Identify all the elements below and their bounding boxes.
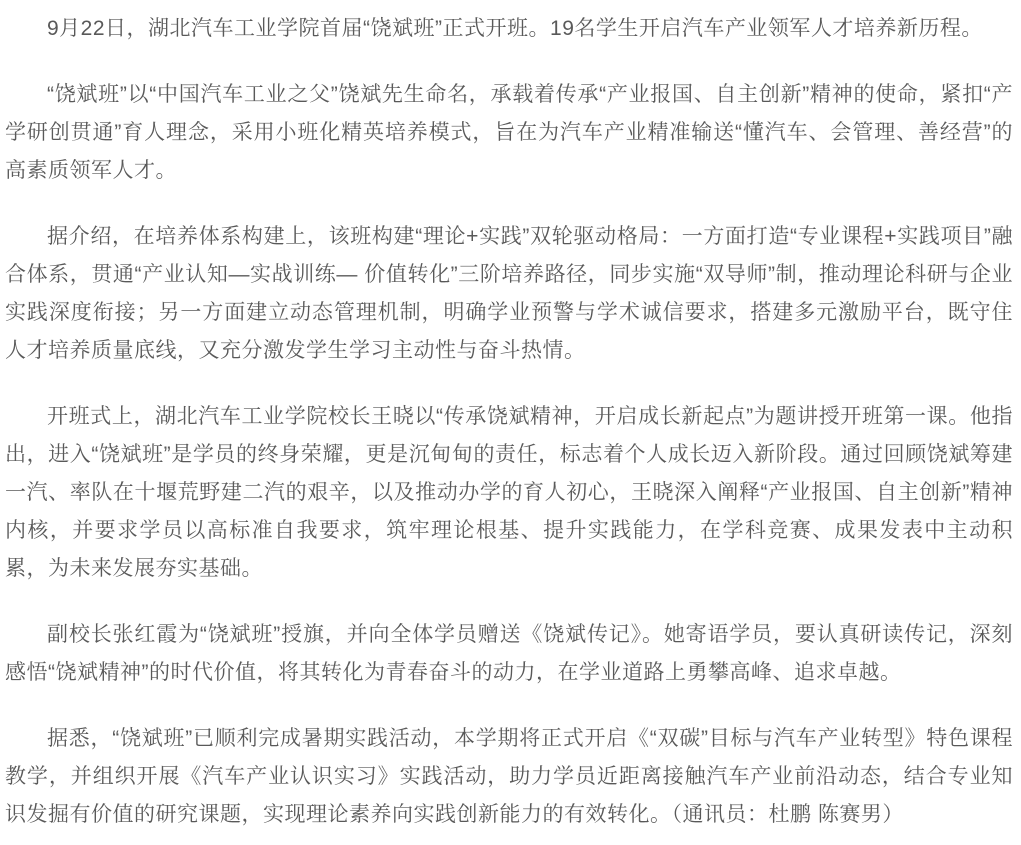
paragraph-lead: 9月22日，湖北汽车工业学院首届“饶斌班”正式开班。19名学生开启汽车产业领军人… [5, 10, 1013, 48]
paragraph-opening-ceremony: 开班式上，湖北汽车工业学院校长王晓以“传承饶斌精神，开启成长新起点”为题讲授开班… [5, 398, 1013, 588]
paragraph-flag-presentation: 副校长张红霞为“饶斌班”授旗，并向全体学员赠送《饶斌传记》。她寄语学员，要认真研… [5, 616, 1013, 692]
paragraph-closing: 据悉，“饶斌班”已顺利完成暑期实践活动，本学期将正式开启《“双碳”目标与汽车产业… [5, 720, 1013, 834]
paragraph-training-system: 据介绍，在培养体系构建上，该班构建“理论+实践”双轮驱动格局：一方面打造“专业课… [5, 218, 1013, 370]
paragraph-naming: “饶斌班”以“中国汽车工业之父”饶斌先生命名，承载着传承“产业报国、自主创新”精… [5, 76, 1013, 190]
article-body: 9月22日，湖北汽车工业学院首届“饶斌班”正式开班。19名学生开启汽车产业领军人… [0, 0, 1021, 845]
